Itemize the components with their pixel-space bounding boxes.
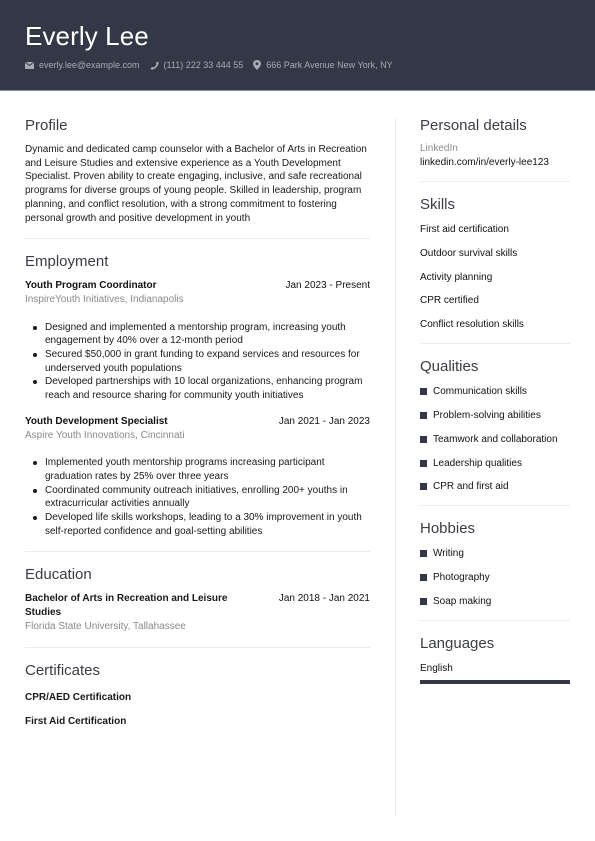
hobby-item: Photography	[420, 571, 570, 584]
hobby-label: Photography	[433, 571, 490, 584]
job-bullet: Implemented youth mentorship programs in…	[25, 456, 370, 483]
candidate-name: Everly Lee	[25, 21, 149, 52]
section-divider	[420, 181, 570, 182]
skill-item: Activity planning	[420, 271, 570, 284]
language-name: English	[420, 662, 570, 675]
job-bullet: Secured $50,000 in grant funding to expa…	[25, 348, 370, 375]
education-date: Jan 2018 - Jan 2021	[279, 592, 370, 619]
skill-item: First aid certification	[420, 223, 570, 236]
square-bullet-icon	[420, 483, 427, 490]
contact-phone: (111) 222 33 444 55	[150, 60, 244, 70]
job-entry: Youth Program Coordinator Jan 2023 - Pre…	[25, 279, 370, 403]
map-pin-icon	[253, 60, 261, 70]
section-title-certificates: Certificates	[25, 662, 370, 679]
skills-section: Skills First aid certification Outdoor s…	[420, 196, 570, 331]
resume-header: Everly Lee everly.lee@example.com (111) …	[0, 0, 595, 91]
job-bullet: Coordinated community outreach initiativ…	[25, 484, 370, 511]
square-bullet-icon	[420, 388, 427, 395]
education-entry: Bachelor of Arts in Recreation and Leisu…	[25, 592, 370, 619]
job-title: Youth Development Specialist	[25, 415, 168, 429]
job-bullet: Developed life skills workshops, leading…	[25, 511, 370, 538]
quality-label: CPR and first aid	[433, 480, 509, 493]
quality-item: Communication skills	[420, 385, 570, 398]
section-title-education: Education	[25, 566, 370, 583]
school-name: Florida State University, Tallahassee	[25, 620, 370, 634]
quality-item: Teamwork and collaboration	[420, 433, 570, 446]
job-title: Youth Program Coordinator	[25, 279, 156, 293]
job-date: Jan 2023 - Present	[286, 279, 371, 293]
profile-summary: Dynamic and dedicated camp counselor wit…	[25, 143, 370, 225]
skill-item: CPR certified	[420, 294, 570, 307]
column-divider	[395, 117, 396, 816]
square-bullet-icon	[420, 460, 427, 467]
certificate-item: CPR/AED Certification	[25, 691, 370, 704]
section-title-languages: Languages	[420, 635, 570, 652]
degree-title: Bachelor of Arts in Recreation and Leisu…	[25, 592, 245, 619]
section-title-employment: Employment	[25, 253, 370, 270]
quality-label: Problem-solving abilities	[433, 409, 541, 422]
main-column: Profile Dynamic and dedicated camp couns…	[25, 117, 370, 739]
square-bullet-icon	[420, 412, 427, 419]
email-text: everly.lee@example.com	[39, 60, 140, 70]
quality-item: Problem-solving abilities	[420, 409, 570, 422]
linkedin-url[interactable]: linkedin.com/in/everly-lee123	[420, 156, 570, 170]
hobbies-section: Hobbies Writing Photography Soap making	[420, 520, 570, 608]
quality-item: Leadership qualities	[420, 457, 570, 470]
job-entry: Youth Development Specialist Jan 2021 - …	[25, 415, 370, 539]
hobby-item: Writing	[420, 547, 570, 560]
job-date: Jan 2021 - Jan 2023	[279, 415, 370, 429]
certificate-item: First Aid Certification	[25, 715, 370, 728]
section-title-qualities: Qualities	[420, 358, 570, 375]
linkedin-label: LinkedIn	[420, 142, 570, 156]
square-bullet-icon	[420, 550, 427, 557]
square-bullet-icon	[420, 598, 427, 605]
square-bullet-icon	[420, 574, 427, 581]
skill-item: Outdoor survival skills	[420, 247, 570, 260]
personal-details-section: Personal details LinkedIn linkedin.com/i…	[420, 117, 570, 169]
language-level-fill	[420, 680, 570, 684]
job-organization: Aspire Youth Innovations, Cincinnati	[25, 429, 370, 443]
phone-text: (111) 222 33 444 55	[164, 60, 244, 70]
section-divider	[25, 238, 370, 239]
quality-item: CPR and first aid	[420, 480, 570, 493]
section-title-skills: Skills	[420, 196, 570, 213]
quality-label: Teamwork and collaboration	[433, 433, 558, 446]
phone-icon	[150, 61, 159, 70]
contact-email: everly.lee@example.com	[25, 60, 140, 70]
hobby-label: Writing	[433, 547, 464, 560]
job-organization: InspireYouth Initiatives, Indianapolis	[25, 293, 370, 307]
language-level-bar	[420, 680, 570, 684]
section-divider	[420, 343, 570, 344]
skill-item: Conflict resolution skills	[420, 318, 570, 331]
job-bullet: Developed partnerships with 10 local org…	[25, 375, 370, 402]
profile-section: Profile Dynamic and dedicated camp couns…	[25, 117, 370, 225]
section-divider	[25, 647, 370, 648]
job-bullets: Implemented youth mentorship programs in…	[25, 456, 370, 538]
section-title-hobbies: Hobbies	[420, 520, 570, 537]
address-text: 666 Park Avenue New York, NY	[266, 60, 392, 70]
employment-section: Employment Youth Program Coordinator Jan…	[25, 253, 370, 538]
square-bullet-icon	[420, 436, 427, 443]
job-bullet: Designed and implemented a mentorship pr…	[25, 321, 370, 348]
sidebar-column: Personal details LinkedIn linkedin.com/i…	[420, 117, 570, 684]
section-divider	[25, 551, 370, 552]
section-title-personal-details: Personal details	[420, 117, 570, 134]
hobby-item: Soap making	[420, 595, 570, 608]
contact-info: everly.lee@example.com (111) 222 33 444 …	[25, 60, 403, 70]
section-title-profile: Profile	[25, 117, 370, 134]
quality-label: Leadership qualities	[433, 457, 522, 470]
section-divider	[420, 505, 570, 506]
envelope-icon	[25, 62, 34, 69]
certificates-section: Certificates CPR/AED Certification First…	[25, 662, 370, 728]
section-divider	[420, 620, 570, 621]
job-bullets: Designed and implemented a mentorship pr…	[25, 321, 370, 403]
qualities-section: Qualities Communication skills Problem-s…	[420, 358, 570, 493]
contact-address: 666 Park Avenue New York, NY	[253, 60, 392, 70]
education-section: Education Bachelor of Arts in Recreation…	[25, 566, 370, 633]
languages-section: Languages English	[420, 635, 570, 684]
quality-label: Communication skills	[433, 385, 527, 398]
hobby-label: Soap making	[433, 595, 491, 608]
